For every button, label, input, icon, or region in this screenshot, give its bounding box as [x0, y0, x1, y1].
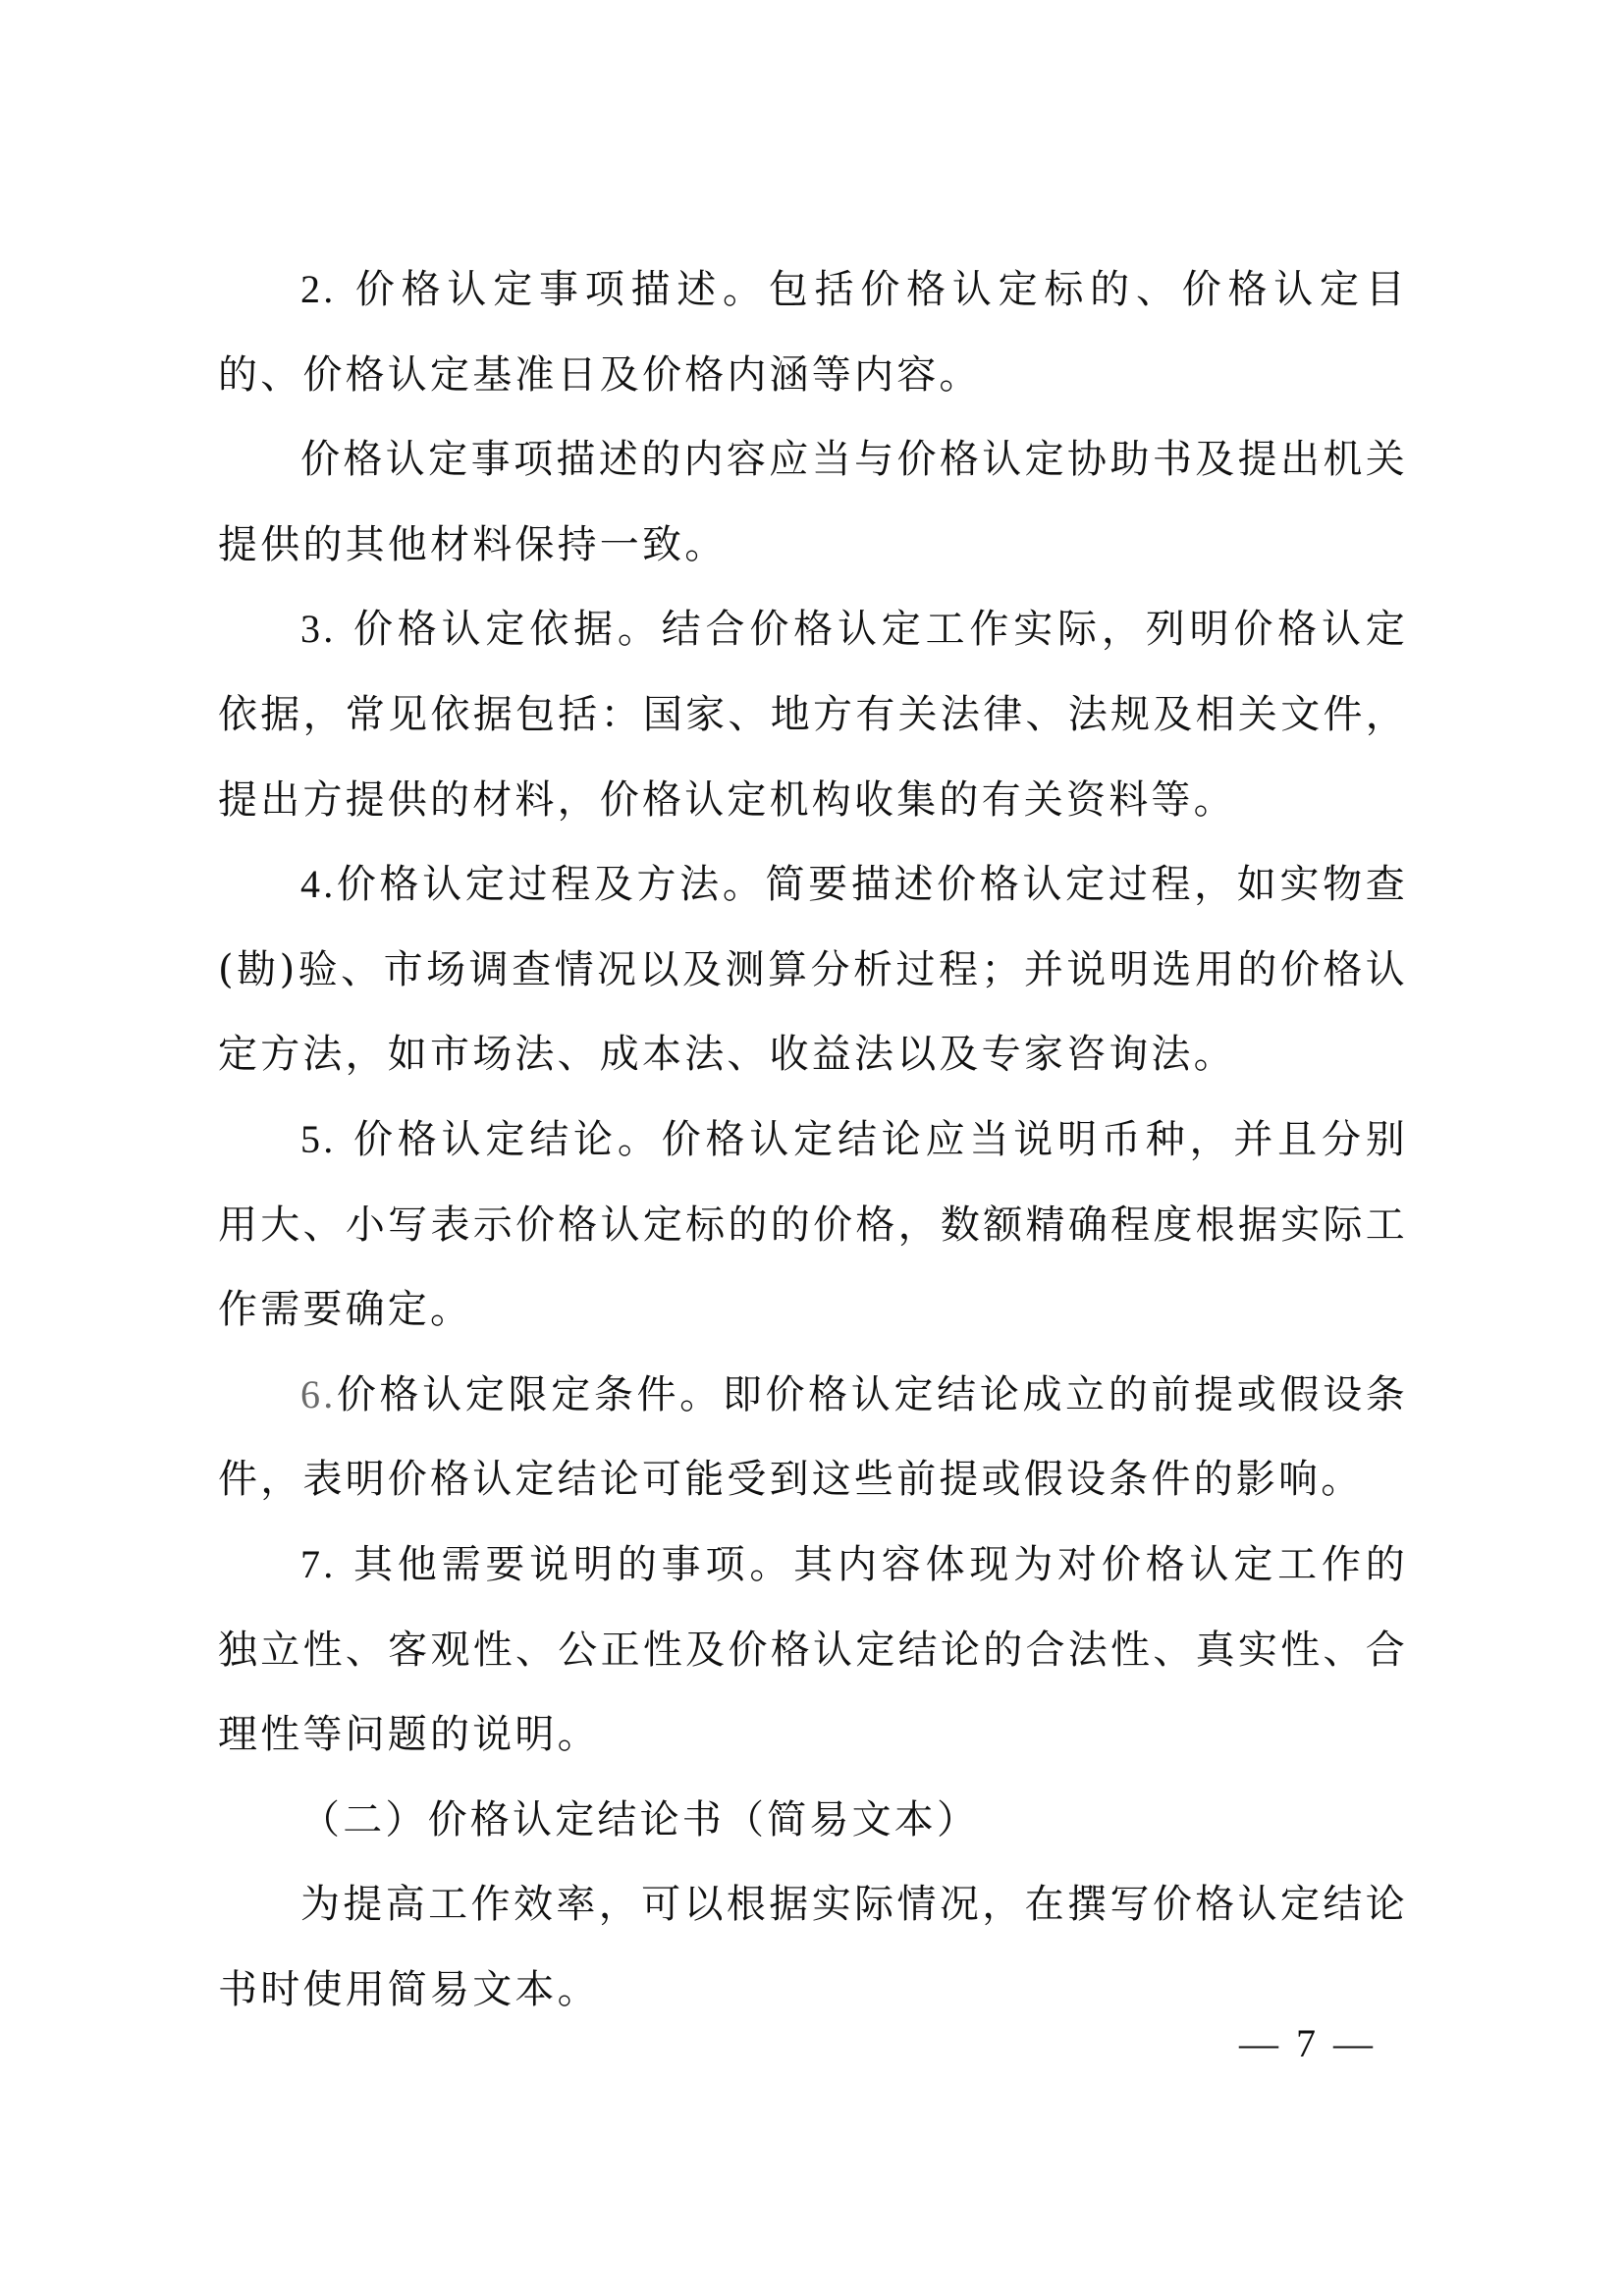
- page-number: — 7 —: [1239, 2014, 1377, 2073]
- paragraph-text: 价格认定结论。价格认定结论应当说明币种，并且分别用大、小写表示价格认定标的的价格…: [218, 1117, 1408, 1332]
- paragraph-item-4: 4.价格认定过程及方法。简要描述价格认定过程，如实物查(勘)验、市场调查情况以及…: [218, 842, 1408, 1097]
- item-number: 4.: [300, 862, 336, 906]
- paragraph-text: 价格认定过程及方法。简要描述价格认定过程，如实物查(勘)验、市场调查情况以及测算…: [218, 862, 1408, 1077]
- section-heading: （二）价格认定结论书（简易文本）: [218, 1778, 1408, 1863]
- item-number: 3.: [300, 607, 336, 651]
- paragraph-item-2: 2. 价格认定事项描述。包括价格认定标的、价格认定目的、价格认定基准日及价格内涵…: [218, 247, 1408, 417]
- document-body: 2. 价格认定事项描述。包括价格认定标的、价格认定目的、价格认定基准日及价格内涵…: [218, 247, 1408, 2032]
- paragraph-text: 价格认定限定条件。即价格认定结论成立的前提或假设条件，表明价格认定结论可能受到这…: [218, 1372, 1408, 1503]
- paragraph-item-5: 5. 价格认定结论。价格认定结论应当说明币种，并且分别用大、小写表示价格认定标的…: [218, 1097, 1408, 1353]
- paragraph-item-3: 3. 价格认定依据。结合价格认定工作实际，列明价格认定依据，常见依据包括：国家、…: [218, 587, 1408, 842]
- item-number: 5.: [300, 1117, 336, 1161]
- item-number: 2.: [300, 267, 336, 311]
- document-page: 2. 价格认定事项描述。包括价格认定标的、价格认定目的、价格认定基准日及价格内涵…: [0, 0, 1623, 2296]
- paragraph-item-6: 6.价格认定限定条件。即价格认定结论成立的前提或假设条件，表明价格认定结论可能受…: [218, 1353, 1408, 1522]
- paragraph-section-2-body: 为提高工作效率，可以根据实际情况，在撰写价格认定结论书时使用简易文本。: [218, 1862, 1408, 2032]
- item-number: 7.: [300, 1542, 336, 1586]
- paragraph-text: 价格认定依据。结合价格认定工作实际，列明价格认定依据，常见依据包括：国家、地方有…: [218, 607, 1408, 822]
- paragraph-text: 为提高工作效率，可以根据实际情况，在撰写价格认定结论书时使用简易文本。: [218, 1882, 1408, 2012]
- paragraph-text: 价格认定事项描述。包括价格认定标的、价格认定目的、价格认定基准日及价格内涵等内容…: [218, 267, 1408, 398]
- section-heading-text: （二）价格认定结论书（简易文本）: [300, 1797, 979, 1842]
- paragraph-text: 价格认定事项描述的内容应当与价格认定协助书及提出机关提供的其他材料保持一致。: [218, 437, 1408, 567]
- item-number: 6.: [300, 1372, 336, 1416]
- paragraph-item-7: 7. 其他需要说明的事项。其内容体现为对价格认定工作的独立性、客观性、公正性及价…: [218, 1522, 1408, 1778]
- paragraph-text: 其他需要说明的事项。其内容体现为对价格认定工作的独立性、客观性、公正性及价格认定…: [218, 1542, 1408, 1757]
- paragraph-item-2-note: 价格认定事项描述的内容应当与价格认定协助书及提出机关提供的其他材料保持一致。: [218, 417, 1408, 587]
